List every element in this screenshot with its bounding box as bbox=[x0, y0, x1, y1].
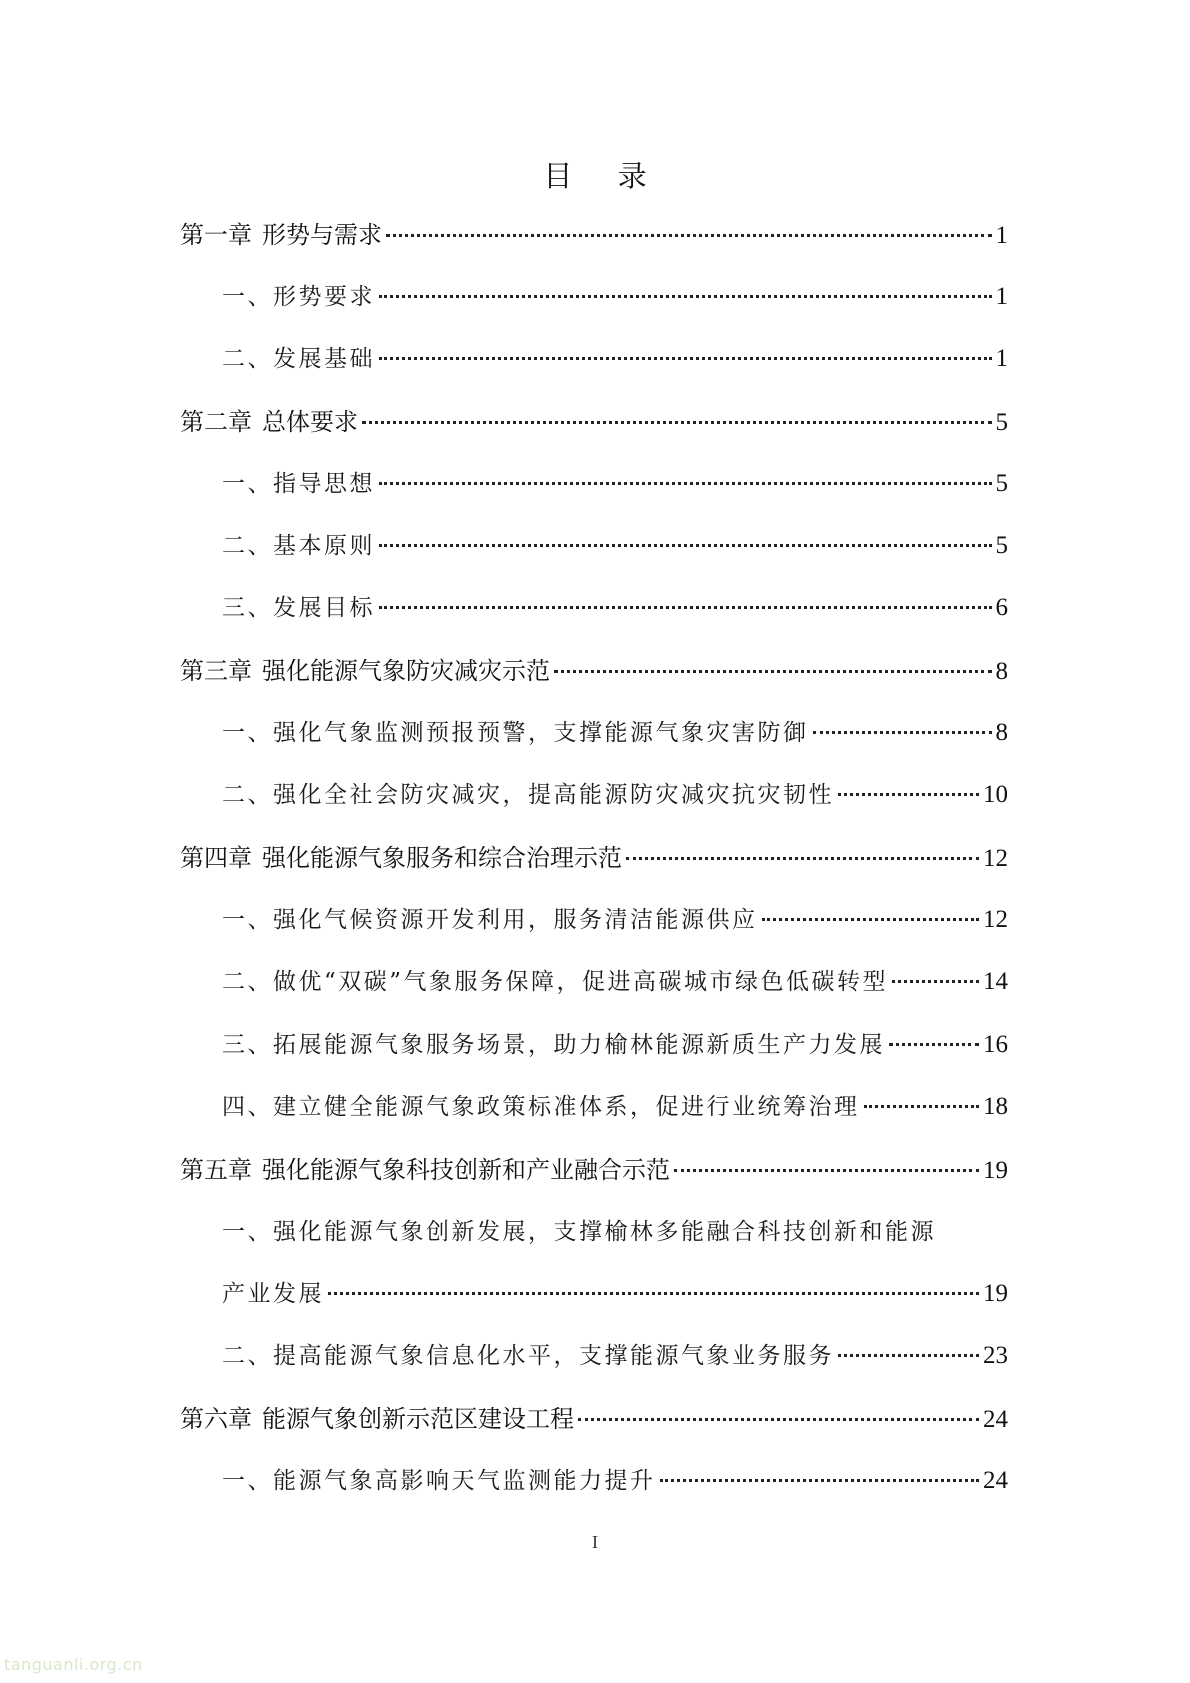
toc-page-number: 1 bbox=[996, 277, 1009, 317]
dot-leader bbox=[578, 1418, 979, 1421]
dot-leader bbox=[889, 1043, 979, 1046]
toc-entry-label: 第一章形势与需求 bbox=[180, 215, 382, 255]
dot-leader bbox=[328, 1292, 979, 1295]
dot-leader bbox=[379, 606, 992, 609]
toc-entry-label: 第六章能源气象创新示范区建设工程 bbox=[180, 1399, 574, 1439]
toc-page-number: 10 bbox=[983, 775, 1008, 815]
toc-entry-label: 二、发展基础 bbox=[222, 339, 375, 379]
toc-section-3-2[interactable]: 二、强化全社会防灾减灾，提高能源防灾减灾抗灾韧性 10 bbox=[222, 775, 1008, 815]
toc-section-4-1[interactable]: 一、强化气候资源开发利用，服务清洁能源供应 12 bbox=[222, 900, 1008, 940]
dot-leader bbox=[386, 234, 992, 237]
toc-page-number: 5 bbox=[996, 464, 1009, 504]
page-number-footer: I bbox=[0, 1532, 1190, 1553]
dot-leader bbox=[626, 857, 979, 860]
toc-entry-label: 一、强化气象监测预报预警，支撑能源气象灾害防御 bbox=[222, 713, 809, 753]
toc-page-number: 8 bbox=[996, 713, 1009, 753]
toc-page-number: 1 bbox=[996, 339, 1009, 379]
toc-page-number: 8 bbox=[996, 652, 1009, 692]
toc-page-number: 18 bbox=[983, 1087, 1008, 1127]
dot-leader bbox=[379, 295, 992, 298]
toc-section-2-3[interactable]: 三、发展目标 6 bbox=[222, 588, 1008, 628]
toc-page-number: 24 bbox=[983, 1400, 1008, 1440]
toc-page-number: 12 bbox=[983, 839, 1008, 879]
toc-section-2-1[interactable]: 一、指导思想 5 bbox=[222, 464, 1008, 504]
toc-page-number: 24 bbox=[983, 1461, 1008, 1501]
toc-section-4-4[interactable]: 四、建立健全能源气象政策标准体系，促进行业统筹治理 18 bbox=[222, 1087, 1008, 1127]
toc-entry-label: 第四章强化能源气象服务和综合治理示范 bbox=[180, 838, 622, 878]
toc-section-4-2[interactable]: 二、做优“双碳”气象服务保障，促进高碳城市绿色低碳转型 14 bbox=[222, 962, 1008, 1002]
toc-page-number: 1 bbox=[996, 216, 1009, 256]
dot-leader bbox=[379, 544, 992, 547]
dot-leader bbox=[838, 793, 979, 796]
dot-leader bbox=[379, 357, 992, 360]
toc-section-2-2[interactable]: 二、基本原则 5 bbox=[222, 526, 1008, 566]
dot-leader bbox=[674, 1169, 979, 1172]
toc-entry-label: 三、发展目标 bbox=[222, 588, 375, 628]
toc-entry-label: 第三章强化能源气象防灾减灾示范 bbox=[180, 651, 550, 691]
toc-section-4-3[interactable]: 三、拓展能源气象服务场景，助力榆林能源新质生产力发展 16 bbox=[222, 1025, 1008, 1065]
dot-leader bbox=[660, 1479, 980, 1482]
toc-section-3-1[interactable]: 一、强化气象监测预报预警，支撑能源气象灾害防御 8 bbox=[222, 713, 1008, 753]
toc-section-1-1[interactable]: 一、形势要求 1 bbox=[222, 277, 1008, 317]
dot-leader bbox=[554, 670, 992, 673]
toc-page-number: 19 bbox=[983, 1151, 1008, 1191]
toc-entry-label: 二、做优“双碳”气象服务保障，促进高碳城市绿色低碳转型 bbox=[222, 962, 888, 1002]
dot-leader bbox=[813, 731, 992, 734]
toc-entry-label: 一、指导思想 bbox=[222, 464, 375, 504]
toc-chapter-3[interactable]: 第三章强化能源气象防灾减灾示范 8 bbox=[180, 651, 1008, 691]
toc-section-5-1-continued[interactable]: 产业发展 19 bbox=[222, 1274, 1008, 1314]
dot-leader bbox=[864, 1105, 980, 1108]
toc-page-number: 5 bbox=[996, 403, 1009, 443]
toc-entry-label: 一、强化气候资源开发利用，服务清洁能源供应 bbox=[222, 900, 758, 940]
toc-entry-label: 二、基本原则 bbox=[222, 526, 375, 566]
toc-page-number: 14 bbox=[983, 962, 1008, 1002]
toc-entry-label: 第二章总体要求 bbox=[180, 402, 358, 442]
toc-entry-label: 一、能源气象高影响天气监测能力提升 bbox=[222, 1461, 656, 1501]
watermark: tanguanli.org.cn bbox=[4, 1655, 143, 1674]
toc-chapter-5[interactable]: 第五章强化能源气象科技创新和产业融合示范 19 bbox=[180, 1150, 1008, 1190]
toc-page-number: 16 bbox=[983, 1025, 1008, 1065]
toc-entry-label: 一、强化能源气象创新发展，支撑榆林多能融合科技创新和能源 bbox=[222, 1219, 936, 1245]
toc-chapter-2[interactable]: 第二章总体要求 5 bbox=[180, 402, 1008, 442]
toc-section-6-1[interactable]: 一、能源气象高影响天气监测能力提升 24 bbox=[222, 1461, 1008, 1501]
dot-leader bbox=[838, 1354, 979, 1357]
toc-chapter-6[interactable]: 第六章能源气象创新示范区建设工程 24 bbox=[180, 1399, 1008, 1439]
document-page: 目 录 第一章形势与需求 1 一、形势要求 1 二、发展基础 1 第二章总体要求… bbox=[0, 0, 1190, 1683]
page-title: 目 录 bbox=[0, 156, 1190, 196]
toc-chapter-4[interactable]: 第四章强化能源气象服务和综合治理示范 12 bbox=[180, 838, 1008, 878]
toc-page-number: 19 bbox=[983, 1274, 1008, 1314]
dot-leader bbox=[892, 980, 979, 983]
toc-page-number: 6 bbox=[996, 588, 1009, 628]
toc-entry-label: 产业发展 bbox=[222, 1274, 324, 1314]
dot-leader bbox=[362, 421, 992, 424]
toc-section-5-1[interactable]: 一、强化能源气象创新发展，支撑榆林多能融合科技创新和能源 bbox=[222, 1212, 1008, 1252]
toc-page-number: 23 bbox=[983, 1336, 1008, 1376]
toc-entry-label: 二、提高能源气象信息化水平，支撑能源气象业务服务 bbox=[222, 1336, 834, 1376]
toc-entry-label: 二、强化全社会防灾减灾，提高能源防灾减灾抗灾韧性 bbox=[222, 775, 834, 815]
toc-section-1-2[interactable]: 二、发展基础 1 bbox=[222, 339, 1008, 379]
toc-entry-label: 第五章强化能源气象科技创新和产业融合示范 bbox=[180, 1150, 670, 1190]
dot-leader bbox=[762, 918, 980, 921]
toc-section-5-2[interactable]: 二、提高能源气象信息化水平，支撑能源气象业务服务 23 bbox=[222, 1336, 1008, 1376]
dot-leader bbox=[379, 482, 992, 485]
toc-entry-label: 一、形势要求 bbox=[222, 277, 375, 317]
toc-page-number: 12 bbox=[983, 900, 1008, 940]
toc-page-number: 5 bbox=[996, 526, 1009, 566]
toc-entry-label: 三、拓展能源气象服务场景，助力榆林能源新质生产力发展 bbox=[222, 1025, 885, 1065]
toc-chapter-1[interactable]: 第一章形势与需求 1 bbox=[180, 215, 1008, 255]
toc-entry-label: 四、建立健全能源气象政策标准体系，促进行业统筹治理 bbox=[222, 1087, 860, 1127]
